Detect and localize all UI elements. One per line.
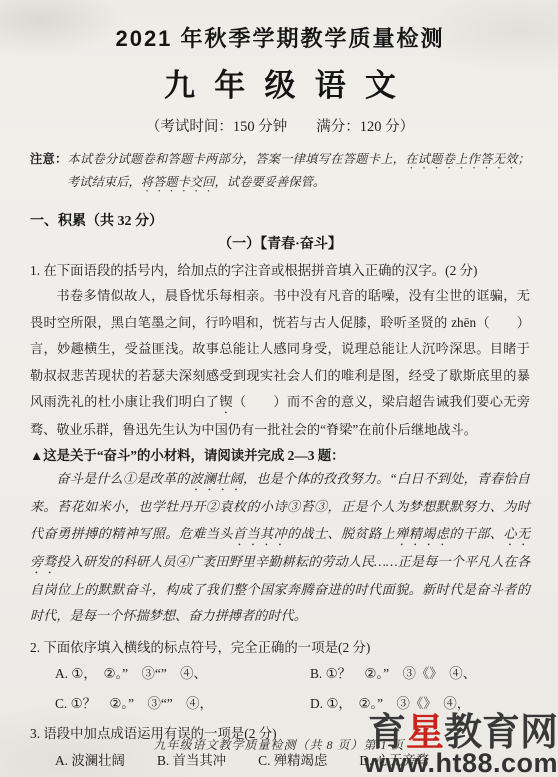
question-1-stem: 1. 在下面语段的括号内，给加点的字注音或根据拼音填入正确的汉字。(2 分)	[30, 260, 530, 281]
question-2-stem: 2. 下面依序填入横线的标点符号，完全正确的一项是(2 分)	[30, 637, 530, 658]
q2-option-b: B. ①？ ②。” ③《》 ④、	[310, 661, 530, 686]
q2-option-c: C. ①？ ②。” ③“” ④，	[55, 691, 310, 716]
exam-paper-page: 2021 年秋季学期教学质量检测 九年级语文 （考试时间：150 分钟 满分：1…	[0, 0, 558, 777]
watermark-url: www.ht88.com	[364, 751, 558, 777]
material-passage: 奋斗是什么①是改革的波澜壮阔，也是个体的孜孜努力。“白日不到处，青春恰自来。苔花…	[30, 466, 530, 629]
exam-session-title: 2021 年秋季学期教学质量检测	[30, 22, 530, 53]
section-one-subheading: （一）【青春·奋斗】	[30, 233, 530, 253]
exam-subject-title: 九年级语文	[30, 60, 530, 105]
watermark-site-name: 育星教育网	[364, 715, 558, 751]
q2-option-a: A. ①， ②。” ③“” ④、	[55, 661, 310, 686]
question-2-options: A. ①， ②。” ③“” ④、 B. ①？ ②。” ③《》 ④、 C. ①？ …	[55, 661, 530, 716]
question-1-passage: 书卷多情似故人，晨昏忧乐每相亲。书中没有凡音的聒噪，没有尘世的诓骗，无畏时空所限…	[30, 283, 530, 443]
notice-label: 注意：	[30, 152, 68, 166]
material-intro: ▲这是关于“奋斗”的小材料，请阅读并完成 2—3 题：	[30, 445, 530, 464]
watermark-logo: 育星教育网 www.ht88.com	[364, 715, 558, 777]
section-one-heading: 一、积累（共 32 分）	[30, 210, 530, 230]
exam-time-score-info: （考试时间：150 分钟 满分：120 分）	[30, 115, 530, 136]
exam-notice: 注意：本试卷分试题卷和答题卡两部分，答案一律填写在答题卡上，在试题卷上作答无效；…	[30, 149, 530, 195]
notice-text: 本试卷分试题卷和答题卡两部分，答案一律填写在答题卡上，在试题卷上作答无效；考试结…	[67, 152, 530, 189]
